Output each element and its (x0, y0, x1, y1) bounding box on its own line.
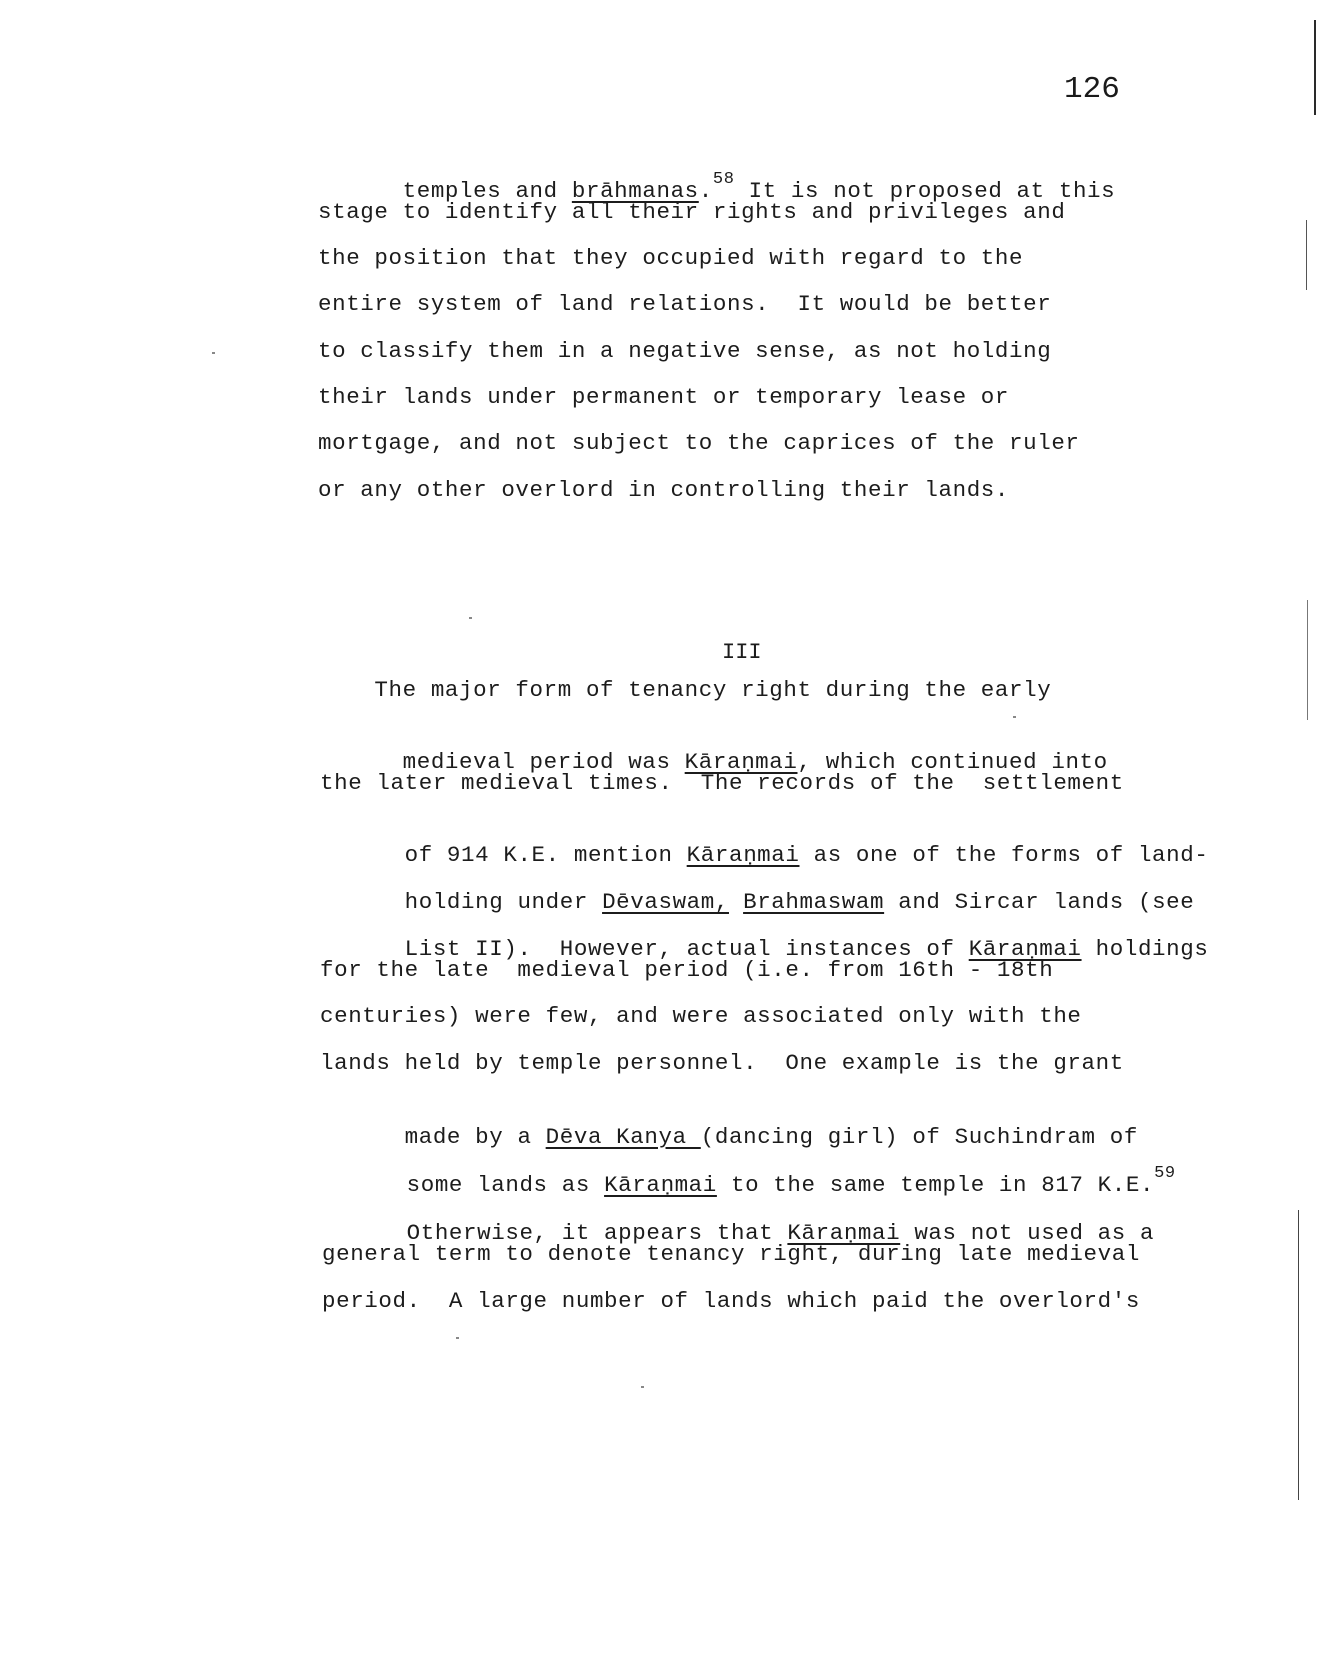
scan-margin-line (1307, 600, 1308, 720)
scan-speck (1013, 716, 1016, 718)
line-text: holdings (1082, 936, 1209, 962)
scan-margin-line (1298, 1210, 1299, 1500)
text-line: The major form of tenancy right during t… (318, 677, 1051, 703)
text-line: general term to denote tenancy right, du… (322, 1241, 1140, 1267)
text-line: period. A large number of lands which pa… (322, 1288, 1140, 1314)
scan-speck (641, 1386, 644, 1388)
text-line: to classify them in a negative sense, as… (318, 338, 1051, 364)
text-line: lands held by temple personnel. One exam… (320, 1050, 1124, 1076)
section-heading: III (722, 640, 762, 665)
text-line: centuries) were few, and were associated… (320, 1003, 1082, 1029)
text-line: entire system of land relations. It woul… (318, 291, 1051, 317)
text-line: stage to identify all their rights and p… (318, 199, 1065, 225)
text-line: mortgage, and not subject to the caprice… (318, 430, 1080, 456)
footnote-ref: 58 (713, 170, 735, 189)
text-line: their lands under permanent or temporary… (318, 384, 1009, 410)
document-page: 126 temples and brāhmanas.58 It is not p… (0, 0, 1318, 1656)
scan-margin-line (1314, 20, 1316, 115)
text-line: the position that they occupied with reg… (318, 245, 1023, 271)
scan-speck (212, 352, 215, 354)
scan-speck (469, 617, 472, 619)
scan-speck (456, 1337, 459, 1339)
text-line: the later medieval times. The records of… (320, 770, 1124, 796)
text-line: or any other overlord in controlling the… (318, 477, 1009, 503)
footnote-ref: 59 (1154, 1164, 1176, 1183)
text-line: for the late medieval period (i.e. from … (320, 957, 1053, 983)
scan-margin-line (1306, 220, 1307, 290)
page-number: 126 (1064, 72, 1120, 107)
